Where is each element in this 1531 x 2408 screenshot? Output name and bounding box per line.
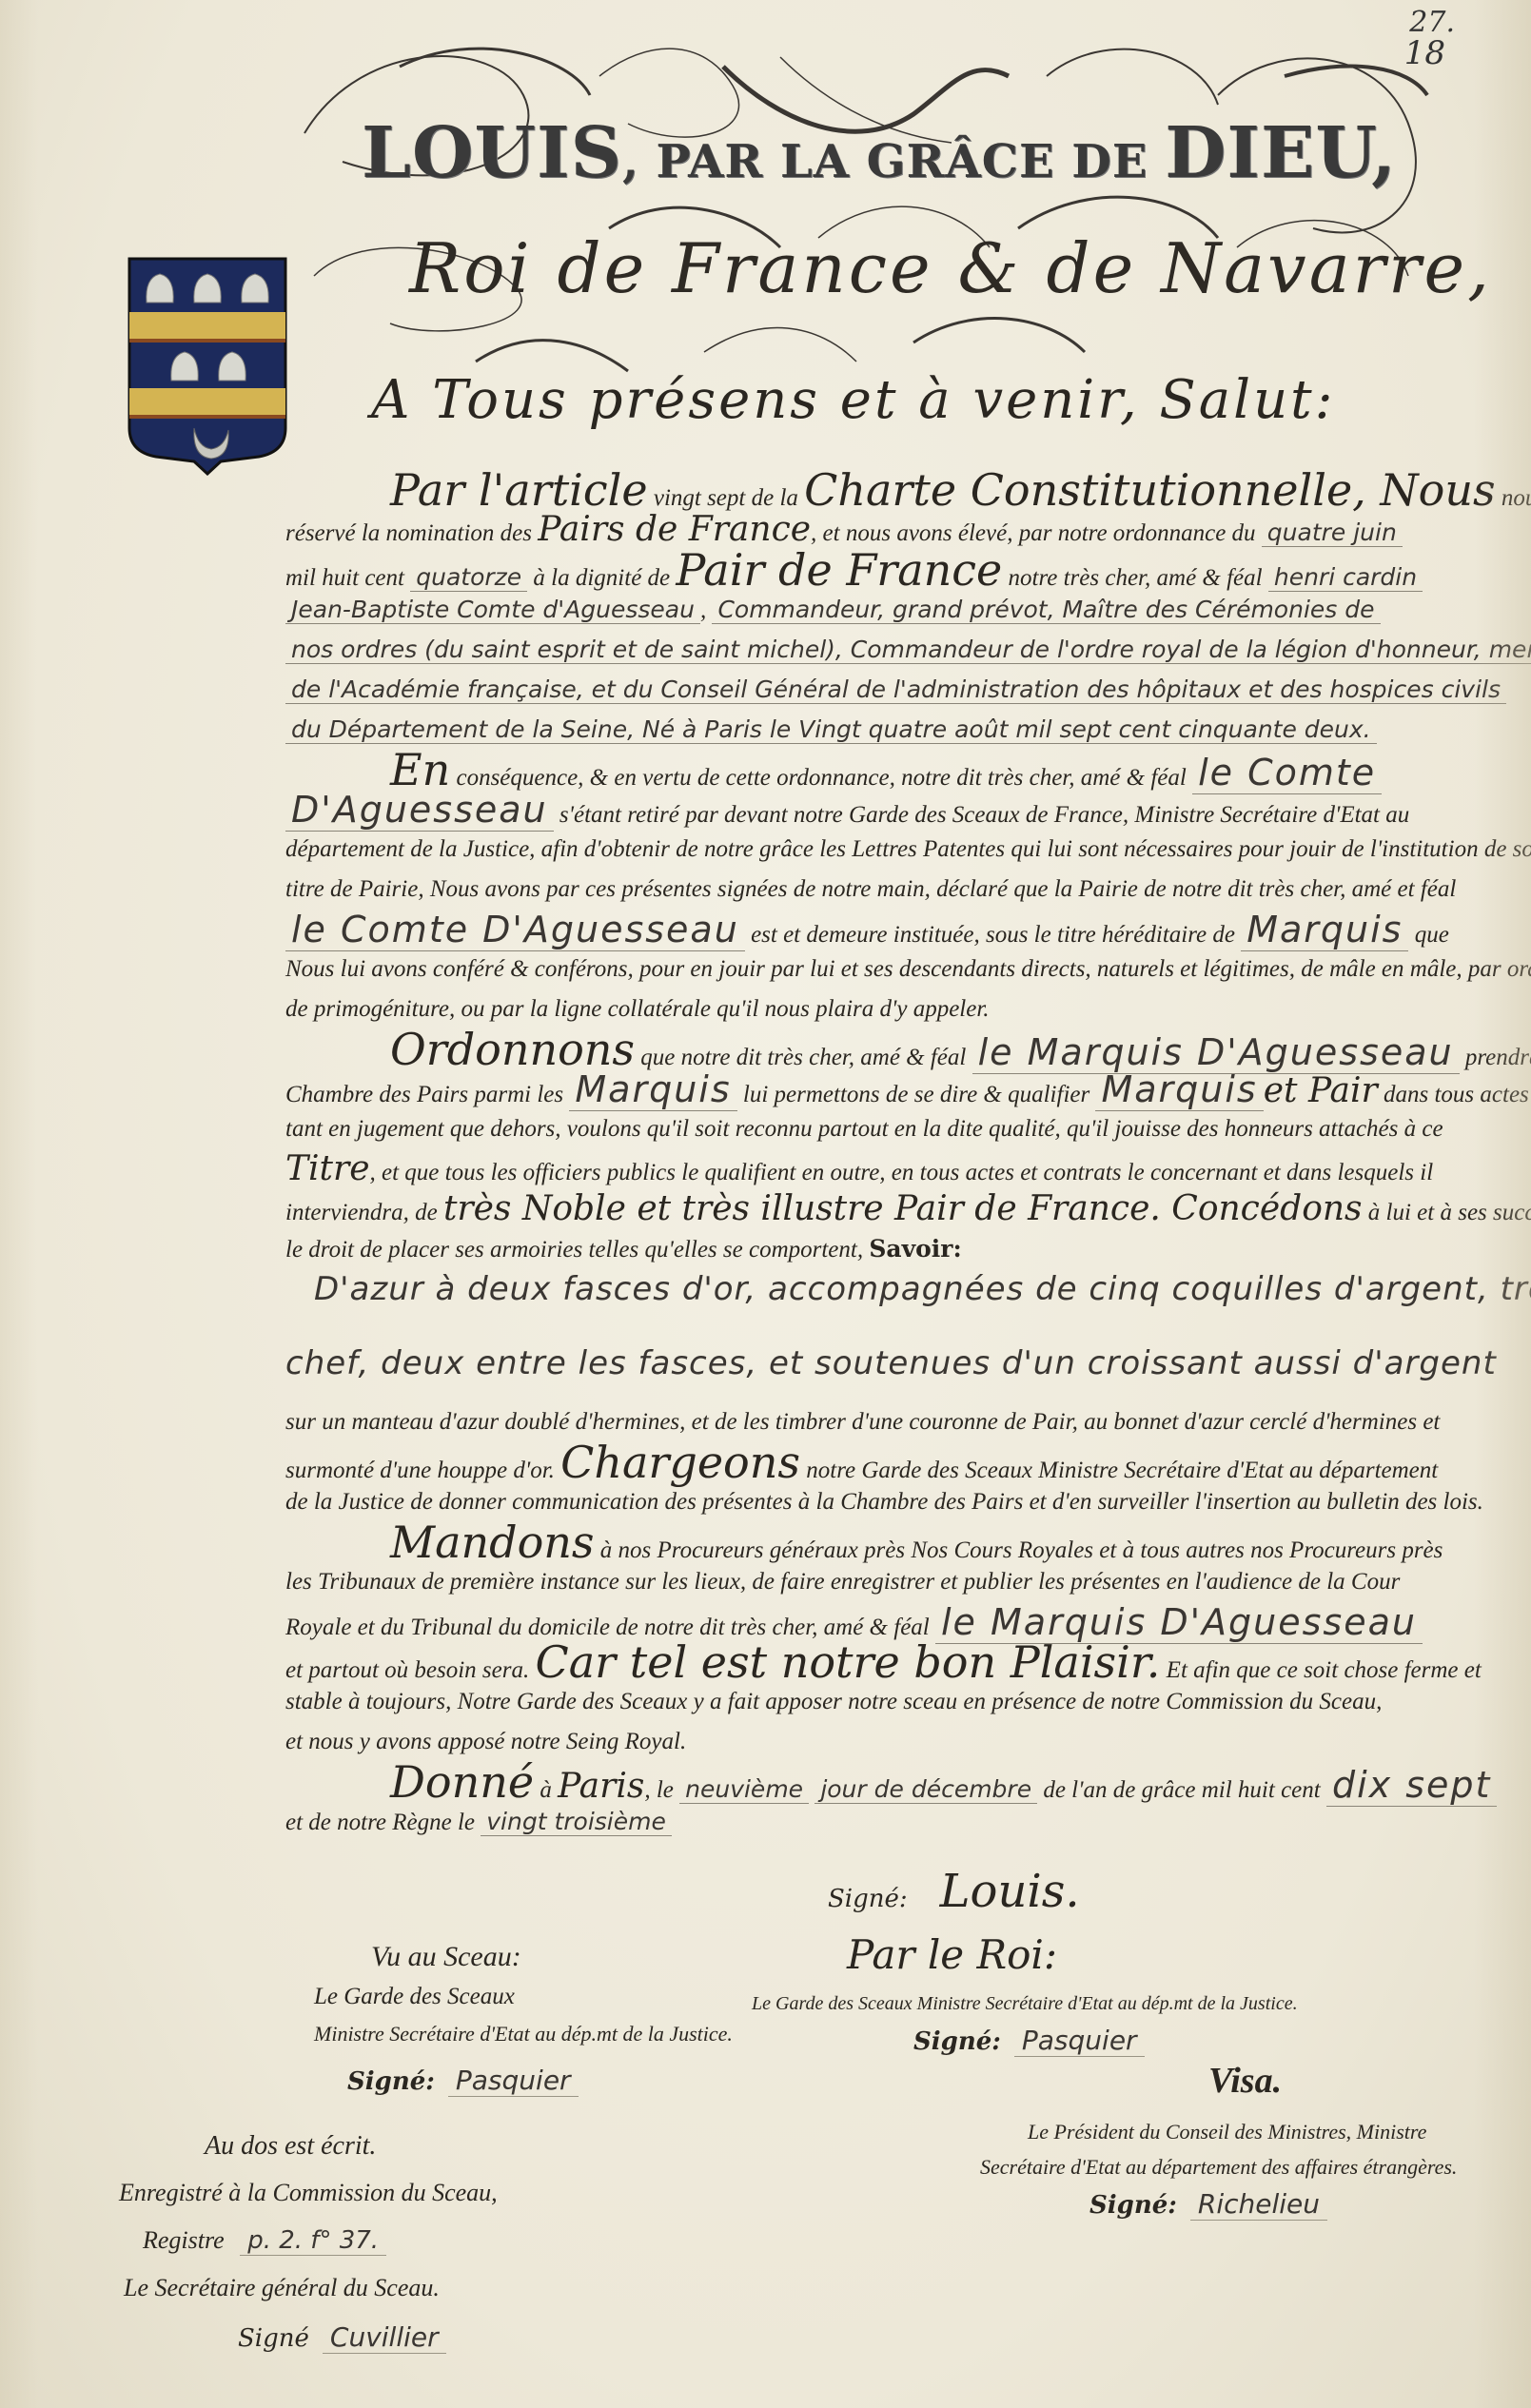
text-line: interviendra, de très Noble et très illu… — [285, 1195, 1484, 1227]
text-segment: Donné — [390, 1756, 534, 1808]
text-segment: à — [534, 1777, 558, 1803]
text-segment: Marquis — [569, 1068, 736, 1111]
text-line: et de notre Règne le vingt troisième — [285, 1808, 1484, 1837]
visa-line-1: Le Président du Conseil des Ministres, M… — [1028, 2120, 1426, 2144]
text-segment: stable à toujours, Notre Garde des Sceau… — [285, 1689, 1382, 1714]
title-par-la-grace: , PAR LA GRÂCE DE — [622, 135, 1165, 188]
text-segment: Chargeons — [560, 1437, 800, 1488]
text-segment: quatre juin — [1262, 519, 1403, 547]
text-segment: réservé la nomination des — [285, 520, 538, 546]
text-segment: le droit de placer ses armoiries telles … — [285, 1237, 869, 1263]
text-segment: nous sommes — [1496, 485, 1531, 511]
text-line: Par l'article vingt sept de la Charte Co… — [285, 476, 1531, 513]
text-line: Nous lui avons conféré & conférons, pour… — [285, 955, 1484, 984]
text-segment: prendra rang à la — [1460, 1045, 1531, 1070]
text-segment: Titre — [285, 1149, 370, 1188]
visa-title: Visa. — [1208, 2060, 1282, 2102]
text-segment: quatorze — [410, 563, 527, 592]
text-line: Jean-Baptiste Comte d'Aguesseau, Command… — [285, 596, 1484, 625]
text-segment: dix sept — [1326, 1764, 1497, 1807]
par-le-roi-signature: Signé: Pasquier — [913, 2025, 1145, 2056]
text-segment: , — [700, 597, 713, 623]
signature-label: Signé: — [1089, 2191, 1177, 2220]
text-segment: le Comte — [1192, 752, 1382, 794]
text-line: Titre, et que tous les officiers publics… — [285, 1155, 1484, 1187]
signature-name: Cuvillier — [323, 2321, 446, 2354]
text-segment: département de la Justice, afin d'obteni… — [285, 836, 1531, 862]
text-segment: les Tribunaux de première instance sur l… — [285, 1569, 1400, 1595]
signature-name: Pasquier — [448, 2065, 579, 2097]
king-signature: Signé: Louis. — [828, 1865, 1080, 1918]
text-line: Chambre des Pairs parmi les Marquis lui … — [285, 1075, 1484, 1109]
text-segment: titre de Pairie, Nous avons par ces prés… — [285, 876, 1456, 902]
text-segment: Jean-Baptiste Comte d'Aguesseau — [285, 596, 700, 624]
text-segment: de l'an de grâce mil huit cent — [1037, 1777, 1326, 1803]
dos-signature: Signé Cuvillier — [238, 2321, 446, 2353]
text-segment: vingt troisième — [481, 1808, 672, 1836]
text-segment: Pairs de France — [538, 510, 811, 549]
text-line: tant en jugement que dehors, voulons qu'… — [285, 1115, 1484, 1144]
text-segment: henri cardin — [1268, 563, 1423, 592]
seal-title: Vu au Sceau: — [371, 1941, 521, 1973]
text-segment: à la dignité de — [527, 565, 676, 591]
text-line: surmonté d'une houppe d'or. Chargeons no… — [285, 1448, 1484, 1485]
signature-name: Louis. — [940, 1865, 1080, 1918]
text-segment: Car tel est notre bon Plaisir. — [536, 1636, 1161, 1688]
dos-line-1: Enregistré à la Commission du Sceau, — [119, 2179, 498, 2207]
visa-line-2: Secrétaire d'Etat au département des aff… — [980, 2155, 1457, 2180]
text-line: Ordonnons que notre dit très cher, amé &… — [285, 1035, 1531, 1072]
signature-label: Signé: — [913, 2027, 1001, 2056]
text-segment: Mandons — [390, 1517, 595, 1568]
text-segment: mil huit cent — [285, 565, 410, 591]
signature-label: Signé: — [347, 2067, 435, 2096]
text-segment: Charte Constitutionnelle, — [804, 464, 1366, 516]
text-segment: Pair de France — [676, 544, 1002, 596]
text-line: département de la Justice, afin d'obteni… — [285, 835, 1484, 864]
text-segment: surmonté d'une houppe d'or. — [285, 1458, 560, 1483]
text-segment: à lui et à ses successeurs — [1363, 1200, 1531, 1225]
text-line: En conséquence, & en vertu de cette ordo… — [285, 755, 1531, 793]
text-segment: Par l'article — [390, 464, 648, 516]
text-segment: Marquis — [1095, 1068, 1263, 1111]
text-segment: interviendra, de — [285, 1200, 443, 1225]
text-line: sur un manteau d'azur doublé d'hermines,… — [285, 1408, 1484, 1437]
title-line-3: A Tous présens et à venir, Salut: — [371, 369, 1336, 431]
text-line: le Comte D'Aguesseau est et demeure inst… — [285, 915, 1484, 949]
text-segment: Commandeur, grand prévot, Maître des Cér… — [712, 596, 1380, 624]
text-segment: de l'Académie française, et du Conseil G… — [285, 675, 1506, 704]
text-segment: nos ordres (du saint esprit et de saint … — [285, 636, 1531, 664]
seal-line-2: Ministre Secrétaire d'Etat au dép.mt de … — [314, 2022, 733, 2046]
dos-title: Au dos est écrit. — [205, 2131, 376, 2162]
text-line: nos ordres (du saint esprit et de saint … — [285, 636, 1484, 665]
title-line-1: LOUIS, PAR LA GRÂCE DE DIEU, — [362, 112, 1397, 194]
text-line: du Département de la Seine, Né à Paris l… — [285, 715, 1484, 745]
text-segment: le Comte D'Aguesseau — [285, 909, 745, 951]
title-line-2: Roi de France & de Navarre, — [409, 228, 1492, 308]
text-line: D'Aguesseau s'étant retiré par devant no… — [285, 795, 1484, 830]
text-segment: lui permettons de se dire & qualifier — [737, 1082, 1096, 1107]
dos-registre: Registre p. 2. f° 37. — [143, 2226, 386, 2255]
text-segment: et partout où besoin sera. — [285, 1657, 536, 1683]
signature-name: Richelieu — [1190, 2188, 1327, 2221]
title-louis: LOUIS — [362, 112, 622, 194]
text-segment: neuvième — [679, 1775, 809, 1804]
par-le-roi-line: Le Garde des Sceaux Ministre Secrétaire … — [752, 1993, 1298, 2015]
registre-label: Registre — [143, 2226, 225, 2254]
text-segment: s'étant retiré par devant notre Garde de… — [554, 802, 1410, 828]
text-segment: est et demeure instituée, sous le titre … — [745, 922, 1241, 948]
text-segment: et Pair — [1264, 1071, 1378, 1110]
text-segment: vingt sept de la — [648, 485, 805, 511]
seal-signature: Signé: Pasquier — [347, 2065, 579, 2096]
text-segment: que notre dit très cher, amé & féal — [635, 1045, 972, 1070]
signature-label: Signé — [238, 2324, 309, 2353]
text-line: de la Justice de donner communication de… — [285, 1488, 1484, 1517]
text-line: titre de Pairie, Nous avons par ces prés… — [285, 875, 1484, 904]
text-segment: que — [1408, 922, 1448, 948]
text-segment: Savoir: — [869, 1235, 961, 1263]
text-line: le droit de placer ses armoiries telles … — [285, 1235, 1484, 1264]
text-segment: D'Aguesseau — [285, 789, 554, 832]
text-segment: Marquis — [1241, 909, 1408, 951]
text-segment: Nous lui avons conféré & conférons, pour… — [285, 956, 1531, 982]
text-line: les Tribunaux de première instance sur l… — [285, 1568, 1484, 1596]
text-line: stable à toujours, Notre Garde des Sceau… — [285, 1688, 1484, 1716]
text-segment: Nous — [1366, 464, 1496, 516]
text-segment: sur un manteau d'azur doublé d'hermines,… — [285, 1409, 1440, 1435]
text-line: de primogéniture, ou par la ligne collat… — [285, 995, 1484, 1024]
signature-label: Signé: — [828, 1885, 908, 1913]
text-segment: notre Garde des Sceaux Ministre Secrétai… — [800, 1458, 1438, 1483]
text-segment: , et nous avons élevé, par notre ordonna… — [811, 520, 1262, 546]
text-segment: Et afin que ce soit chose ferme et — [1160, 1657, 1481, 1683]
text-segment: de primogéniture, ou par la ligne collat… — [285, 996, 990, 1022]
dos-line-3: Le Secrétaire général du Sceau. — [124, 2274, 440, 2302]
text-segment: dans tous actes et contrats, — [1378, 1082, 1531, 1107]
title-dieu: DIEU, — [1165, 112, 1397, 194]
text-segment: Chambre des Pairs parmi les — [285, 1082, 569, 1107]
text-segment: Concédons — [1161, 1189, 1363, 1228]
text-segment: de la Justice de donner communication de… — [285, 1489, 1483, 1515]
text-segment: En — [390, 744, 450, 795]
document-page: 27. 18 LOUIS, PAR LA GRÂCE DE DIEU, Roi … — [0, 0, 1531, 2408]
blazon-text: D'azur à deux fasces d'or, accompagnées … — [314, 1270, 1531, 1308]
text-segment: notre très cher, amé & féal — [1002, 565, 1268, 591]
text-line: Donné à Paris, le neuvième jour de décem… — [285, 1768, 1531, 1805]
text-line: mil huit cent quatorze à la dignité de P… — [285, 556, 1484, 593]
blazon-line-1: D'azur à deux fasces d'or, accompagnées … — [314, 1275, 1484, 1307]
text-line: de l'Académie française, et du Conseil G… — [285, 675, 1484, 705]
text-segment: tant en jugement que dehors, voulons qu'… — [285, 1116, 1443, 1142]
visa-signature: Signé: Richelieu — [1089, 2188, 1327, 2220]
signature-name: Pasquier — [1014, 2025, 1145, 2057]
text-segment: jour de décembre — [815, 1775, 1037, 1804]
par-le-roi-title: Par le Roi: — [847, 1931, 1057, 1978]
text-segment: conséquence, & en vertu de cette ordonna… — [450, 765, 1192, 791]
text-line: et nous y avons apposé notre Seing Royal… — [285, 1728, 1484, 1756]
text-segment: et de notre Règne le — [285, 1810, 481, 1835]
coat-of-arms-icon — [126, 257, 289, 476]
text-line: Mandons à nos Procureurs généraux près N… — [285, 1528, 1531, 1565]
text-segment: très Noble et très illustre Pair de Fran… — [443, 1189, 1161, 1228]
blazon-text: chef, deux entre les fasces, et soutenue… — [285, 1344, 1497, 1382]
text-segment: Ordonnons — [390, 1024, 635, 1075]
text-segment: à nos Procureurs généraux près Nos Cours… — [595, 1537, 1443, 1563]
text-segment: , et que tous les officiers publics le q… — [370, 1160, 1434, 1185]
text-line: réservé la nomination des Pairs de Franc… — [285, 516, 1484, 548]
text-line: et partout où besoin sera. Car tel est n… — [285, 1648, 1484, 1685]
registre-value: p. 2. f° 37. — [240, 2226, 386, 2256]
text-segment: et nous y avons apposé notre Seing Royal… — [285, 1729, 686, 1754]
seal-line-1: Le Garde des Sceaux — [314, 1984, 515, 2010]
text-segment: du Département de la Seine, Né à Paris l… — [285, 715, 1377, 744]
blazon-line-2: chef, deux entre les fasces, et soutenue… — [285, 1349, 1484, 1381]
text-segment: , le — [644, 1777, 679, 1803]
text-segment: Paris — [558, 1767, 644, 1806]
